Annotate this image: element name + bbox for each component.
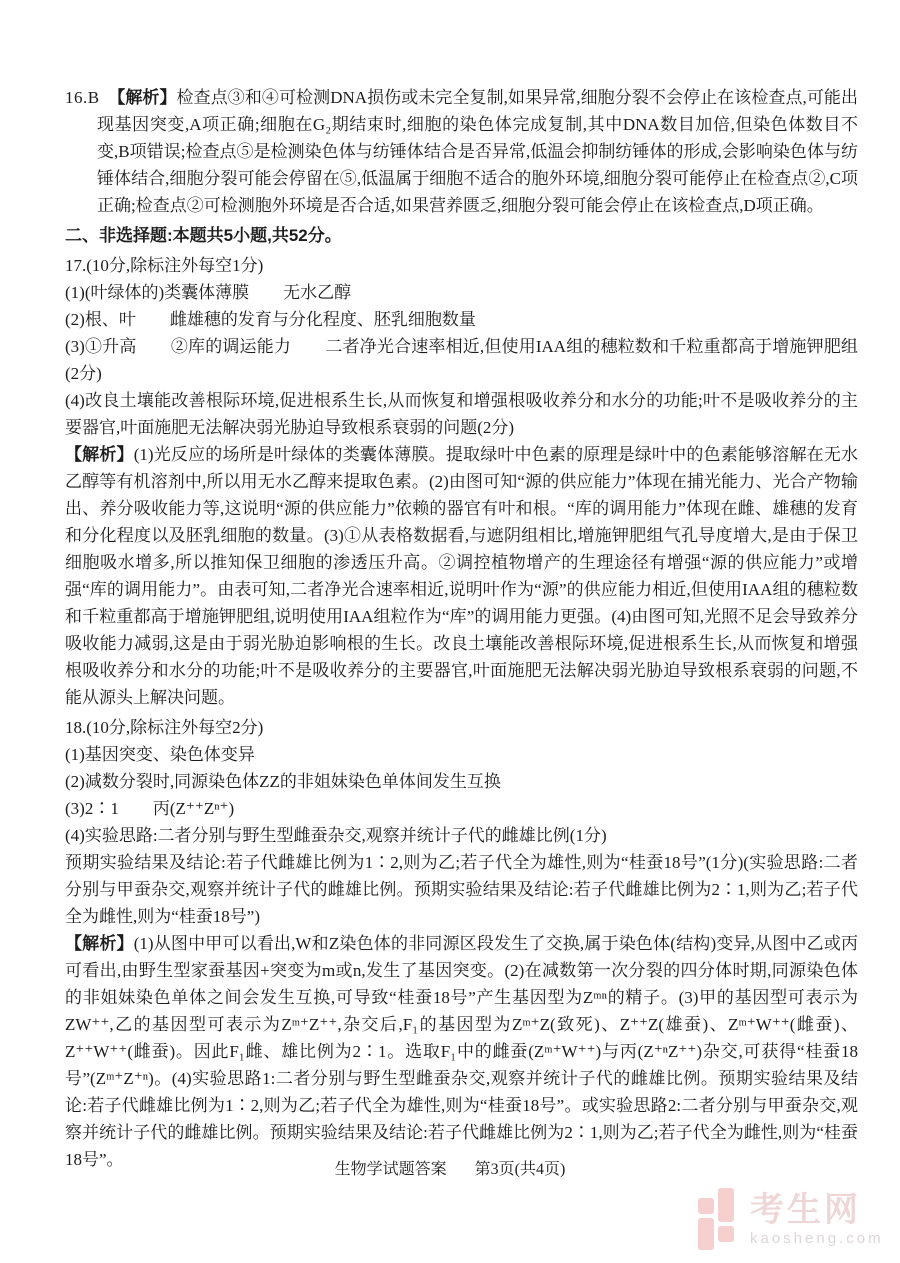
- question-16-answer: 16.B 【解析】检查点③和④可检测DNA损伤或未完全复制,如果异常,细胞分裂不…: [65, 84, 858, 219]
- question-18-header: 18.(10分,除标注外每空2分): [65, 714, 858, 741]
- question-18-item-3: (3)2∶1 丙(Z⁺⁺Zⁿ⁺): [65, 795, 858, 822]
- question-17-header: 17.(10分,除标注外每空1分): [65, 252, 858, 279]
- logo-block: [718, 1188, 734, 1222]
- question-18-analysis: 【解析】(1)从图中甲可以看出,W和Z染色体的非同源区段发生了交换,属于染色体(…: [65, 930, 858, 1173]
- logo-block: [698, 1218, 714, 1250]
- question-18-item-2: (2)减数分裂时,同源染色体ZZ的非姐妹染色单体间发生互换: [65, 768, 858, 795]
- question-17-analysis-text: (1)光反应的场所是叶绿体的类囊体薄膜。提取绿叶中色素的原理是绿叶中的色素能够溶…: [65, 445, 858, 707]
- logo-block: [698, 1198, 714, 1214]
- footer-page-number: 第3页(共4页): [475, 1161, 566, 1178]
- section-2-title: 二、非选择题:本题共5小题,共52分。: [65, 222, 858, 249]
- kaosheng-logo-icon: [696, 1186, 742, 1252]
- footer-doc-title: 生物学试题答案: [335, 1161, 447, 1178]
- question-17-item-2: (2)根、叶 雌雄穗的发育与分化程度、胚乳细胞数量: [65, 306, 858, 333]
- question-17-item-3: (3)①升高 ②库的调运能力 二者净光合速率相近,但使用IAA组的穗粒数和千粒重…: [65, 333, 858, 387]
- question-18-analysis-text: (1)从图中甲可以看出,W和Z染色体的非同源区段发生了交换,属于染色体(结构)变…: [65, 934, 858, 1169]
- document-body: 16.B 【解析】检查点③和④可检测DNA损伤或未完全复制,如果异常,细胞分裂不…: [65, 84, 858, 1173]
- analysis-label-18: 【解析】: [65, 934, 134, 953]
- question-18-item-1: (1)基因突变、染色体变异: [65, 741, 858, 768]
- watermark-texts: 考生网 kaosheng.com: [750, 1192, 884, 1247]
- watermark-brand-name: 考生网: [750, 1192, 884, 1228]
- analysis-label-16: 【解析】: [117, 88, 177, 107]
- question-17-analysis: 【解析】(1)光反应的场所是叶绿体的类囊体薄膜。提取绿叶中色素的原理是绿叶中的色…: [65, 441, 858, 711]
- answer-sheet-page: 16.B 【解析】检查点③和④可检测DNA损伤或未完全复制,如果异常,细胞分裂不…: [0, 0, 900, 1263]
- question-17-item-1: (1)(叶绿体的)类囊体薄膜 无水乙醇: [65, 279, 858, 306]
- question-16-number: 16.B: [65, 88, 100, 107]
- page-footer: 生物学试题答案第3页(共4页): [0, 1156, 900, 1179]
- kaosheng-watermark: 考生网 kaosheng.com: [696, 1183, 886, 1255]
- question-18-item-4-expectation: 预期实验结果及结论:若子代雌雄比例为1∶2,则为乙;若子代全为雄性,则为“桂蚕1…: [65, 849, 858, 930]
- analysis-label-17: 【解析】: [65, 445, 134, 464]
- watermark-domain: kaosheng.com: [750, 1230, 884, 1247]
- question-18-item-4: (4)实验思路:二者分别与野生型雌蚕杂交,观察并统计子代的雌雄比例(1分): [65, 822, 858, 849]
- question-17-item-4: (4)改良土壤能改善根际环境,促进根系生长,从而恢复和增强根吸收养分和水分的功能…: [65, 387, 858, 441]
- question-16-analysis-text: 检查点③和④可检测DNA损伤或未完全复制,如果异常,细胞分裂不会停止在该检查点,…: [97, 88, 858, 215]
- logo-block: [718, 1226, 734, 1242]
